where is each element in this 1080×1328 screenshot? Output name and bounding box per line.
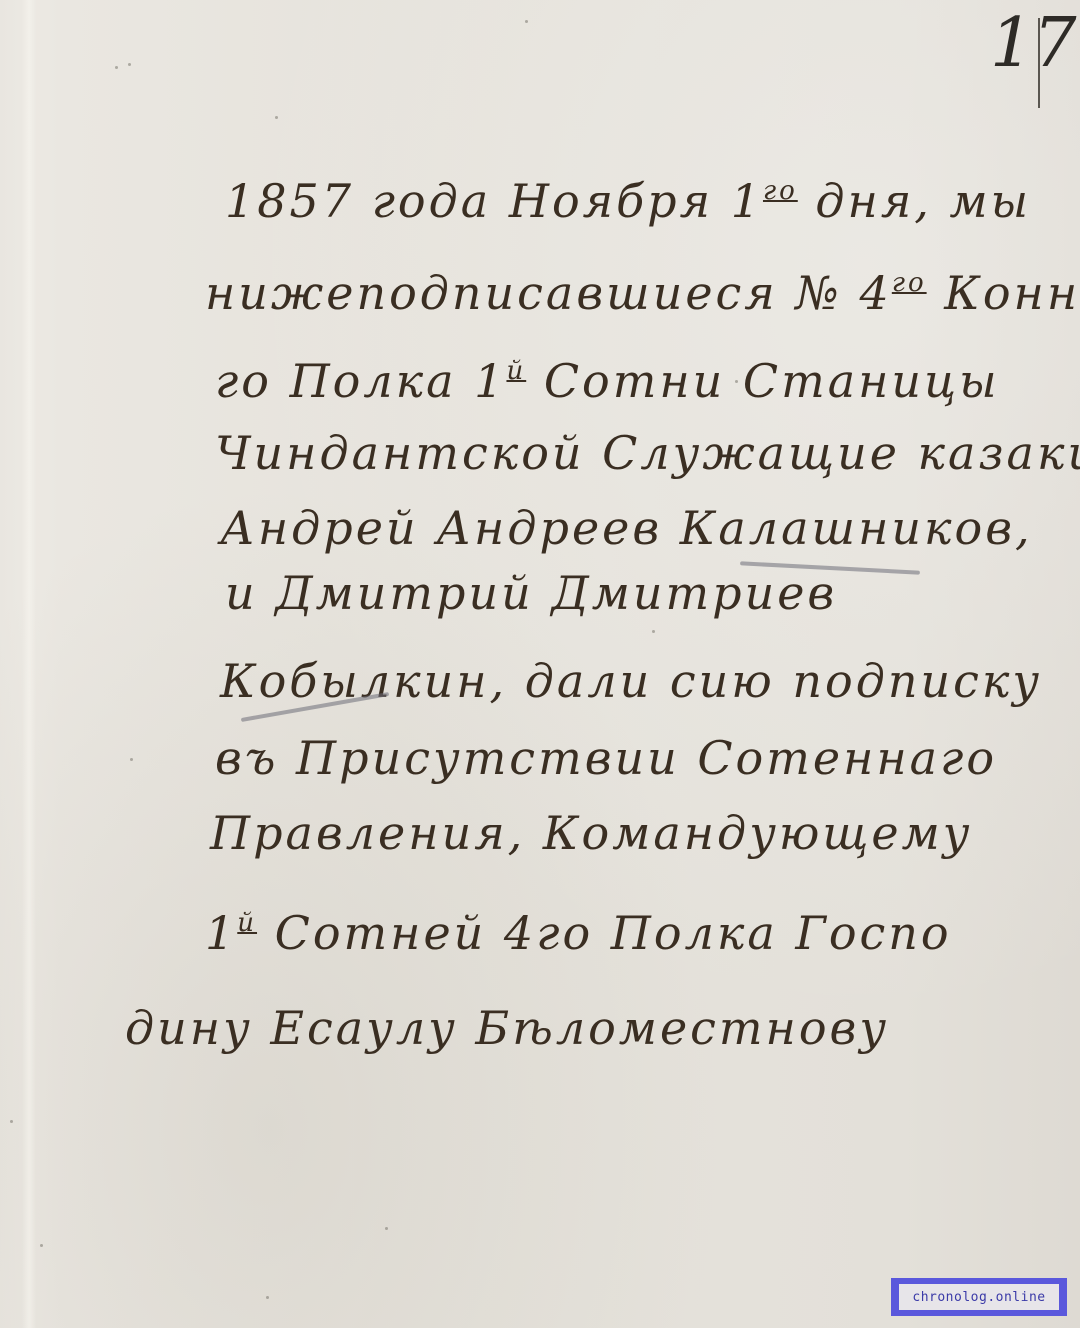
line-text: въ Присутствии Сотеннаго [215,731,997,785]
manuscript-line-11: дину Есаулу Бѣломестнову [125,1005,889,1051]
line-text: 1857 года Ноября 1 [225,174,763,228]
line-superscript: й [237,908,257,938]
manuscript-line-1: 1857 года Ноября 1го дня, мы [225,178,1031,224]
line-text: нижеподписавшиеся № 4 [205,266,892,320]
manuscript-line-7: Кобылкин, дали сию подписку [220,658,1042,704]
line-text: Чиндантской Служащие казаки: [215,426,1080,480]
line-superscript: го [763,176,798,206]
line-text: 1 [205,906,237,960]
manuscript-line-3: го Полка 1й Сотни Станицы [215,358,1000,404]
line-text: Андрей Андреев Калашников, [220,501,1033,555]
watermark-badge: chronolog.online [891,1278,1067,1316]
line-text: го Полка 1 [215,354,506,408]
line-text-after: дня, мы [798,174,1031,228]
watermark-text: chronolog.online [899,1284,1059,1310]
manuscript-line-6: и Дмитрий Дмитриев [225,570,837,616]
paper-speck [266,1296,269,1299]
line-text: и Дмитрий Дмитриев [225,566,837,620]
line-text: дину Есаулу Бѣломестнову [125,1001,889,1055]
line-text: Правления, Командующему [210,806,972,860]
paper-speck [10,1120,13,1123]
manuscript-line-10: 1й Сотней 4го Полка Госпо [205,910,952,956]
paper-speck [385,1227,388,1230]
paper-speck [40,1244,43,1247]
manuscript-line-9: Правления, Командующему [210,810,972,856]
line-superscript: го [892,268,927,298]
line-text-after: Конна [927,266,1080,320]
manuscript-line-2: нижеподписавшиеся № 4го Конна [205,270,1080,316]
manuscript-text: 1857 года Ноября 1го дня, мы нижеподписа… [0,0,1080,1100]
manuscript-line-5: Андрей Андреев Калашников, [220,505,1033,551]
manuscript-line-4: Чиндантской Служащие казаки: [215,430,1080,476]
line-text-after: Сотней 4го Полка Госпо [257,906,952,960]
manuscript-line-8: въ Присутствии Сотеннаго [215,735,997,781]
line-text-after: Сотни Станицы [526,354,999,408]
line-superscript: й [506,356,526,386]
